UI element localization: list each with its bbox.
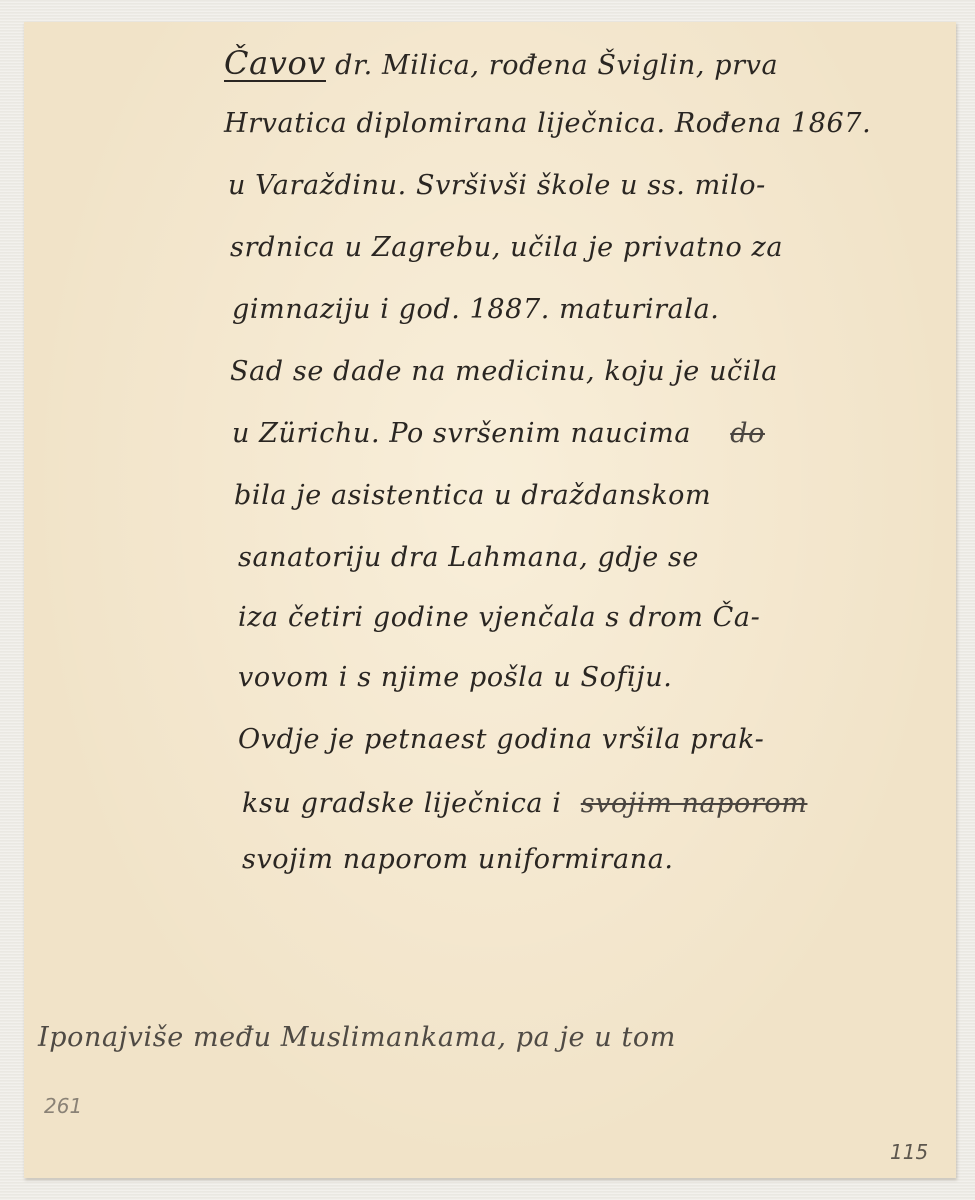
handwritten-line-4: srdnica u Zagrebu, učila je privatno za (230, 232, 783, 263)
handwritten-line-2: Hrvatica diplomirana liječnica. Rođena 1… (224, 108, 871, 139)
handwritten-line-14: svojim naporom uniformirana. (242, 844, 674, 875)
handwritten-line-5: gimnaziju i god. 1887. maturirala. (232, 294, 720, 325)
handwritten-line-6: Sad se dade na medicinu, koju je učila (230, 356, 778, 387)
handwritten-line-11: vovom i s njime pošla u Sofiju. (238, 662, 672, 693)
insertion-line: Iponajviše među Muslimankama, pa je u to… (38, 1022, 676, 1053)
handwritten-line-8: bila je asistentica u draždanskom (234, 480, 711, 511)
handwritten-line-12: Ovdje je petnaest godina vršila prak- (238, 724, 764, 755)
handwritten-line-13: ksu gradske liječnica i svojim naporom (242, 788, 807, 819)
handwritten-line-10: iza četiri godine vjenčala s drom Ča- (238, 602, 760, 633)
struck-word: do (730, 418, 765, 449)
handwritten-line-3: u Varaždinu. Svršivši škole u ss. milo- (228, 170, 766, 201)
pencil-folio-number: 261 (44, 1094, 82, 1118)
handwritten-line-7: u Zürichu. Po svršenim naucima do (232, 418, 765, 449)
line-text: dr. Milica, rođena Šviglin, prva (326, 50, 778, 81)
line-text: ksu gradske liječnica i (242, 788, 562, 819)
page-number: 115 (890, 1140, 928, 1164)
handwritten-line-9: sanatoriju dra Lahmana, gdje se (238, 542, 699, 573)
struck-text: svojim naporom (581, 788, 808, 819)
heading-surname: Čavov (224, 44, 326, 82)
handwritten-line-1: Čavov dr. Milica, rođena Šviglin, prva (224, 44, 778, 82)
line-text: u Zürichu. Po svršenim naucima (232, 418, 691, 449)
manuscript-page: Čavov dr. Milica, rođena Šviglin, prva H… (24, 22, 956, 1178)
